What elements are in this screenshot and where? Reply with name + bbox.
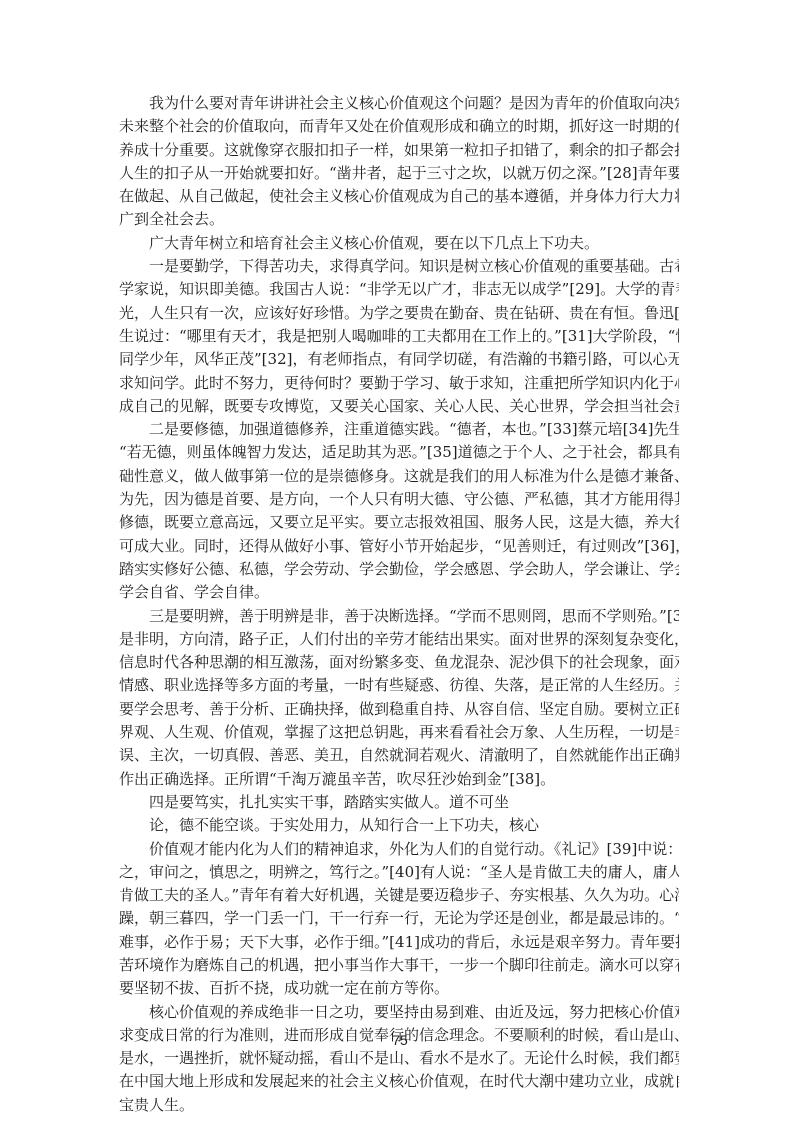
text-line: 求知问学。此时不努力，更待何时？要勤于学习、敏于求知，注重把所学知识内化于心，形 (119, 372, 679, 395)
text-line: 作出正确选择。正所谓“千淘万漉虽辛苦，吹尽狂沙始到金”[38]。 (119, 768, 679, 791)
text-line: 成自己的见解，既要专攻博览，又要关心国家、关心人民、关心世界，学会担当社会责任。 (119, 395, 679, 418)
text-line: 论，德不能空谈。于实处用力，从知行合一上下功夫，核心 (119, 814, 679, 837)
text-line: 学会自省、学会自律。 (119, 581, 679, 604)
text-line: 一是要勤学，下得苦功夫，求得真学问。知识是树立核心价值观的重要基础。古希腊哲 (119, 255, 679, 278)
text-line: 界观、人生观、价值观，掌握了这把总钥匙，再来看看社会万象、人生历程，一切是非、正 (119, 721, 679, 744)
text-line: 在做起、从自己做起，使社会主义核心价值观成为自己的基本遵循，并身体力行大力将其推 (119, 185, 679, 208)
text-line: 修德，既要立意高远，又要立足平实。要立志报效祖国、服务人民，这是大德，养大德者方 (119, 511, 679, 534)
paragraph-9: 核心价值观的养成绝非一日之功，要坚持由易到难、由近及远，努力把核心价值观的要 求… (119, 1001, 679, 1117)
text-line: 广到全社会去。 (119, 208, 679, 231)
paragraph-7: 论，德不能空谈。于实处用力，从知行合一上下功夫，核心 (119, 814, 679, 837)
text-line: 踏实实修好公德、私德，学会劳动、学会勤俭，学会感恩、学会助人，学会谦让、学会宽容… (119, 558, 679, 581)
text-line: 误、主次，一切真假、善恶、美丑，自然就洞若观火、清澈明了，自然就能作出正确判断、 (119, 744, 679, 767)
text-line: 础性意义，做人做事第一位的是崇德修身。这就是我们的用人标准为什么是德才兼备、以德 (119, 465, 679, 488)
text-line: 未来整个社会的价值取向，而青年又处在价值观形成和确立的时期，抓好这一时期的价值观 (119, 115, 679, 138)
text-line: 价值观才能内化为人们的精神追求，外化为人们的自觉行动。《礼记》[39]中说：“博… (119, 838, 679, 861)
text-line: 肯做工夫的圣人。”青年有着大好机遇，关键是要迈稳步子、夯实根基、久久为功。心浮气 (119, 884, 679, 907)
paragraph-1: 我为什么要对青年讲讲社会主义核心价值观这个问题？是因为青年的价值取向决定了 未来… (119, 92, 679, 232)
text-line: 为先，因为德是首要、是方向，一个人只有明大德、守公德、严私德，其才方能用得其所。 (119, 488, 679, 511)
text-line: 之，审问之，慎思之，明辨之，笃行之。”[40]有人说：“圣人是肯做工夫的庸人，庸… (119, 861, 679, 884)
text-line: 信息时代各种思潮的相互激荡，面对纷繁多变、鱼龙混杂、泥沙俱下的社会现象，面对学业… (119, 651, 679, 674)
text-line: 我为什么要对青年讲讲社会主义核心价值观这个问题？是因为青年的价值取向决定了 (119, 92, 679, 115)
page-number: 75 (0, 1032, 800, 1048)
text-line: 躁，朝三暮四，学一门丢一门，干一行弃一行，无论为学还是创业，都是最忌讳的。“天下 (119, 907, 679, 930)
text-line: 生说过：“哪里有天才，我是把别人喝咖啡的工夫都用在工作上的。”[31]大学阶段，… (119, 325, 679, 348)
text-line: 苦环境作为磨炼自己的机遇，把小事当作大事干，一步一个脚印往前走。滴水可以穿石。只 (119, 954, 679, 977)
text-line: 在中国大地上形成和发展起来的社会主义核心价值观，在时代大潮中建功立业，成就自己的 (119, 1070, 679, 1093)
paragraph-2: 广大青年树立和培育社会主义核心价值观，要在以下几点上下功夫。 (119, 232, 679, 255)
text-line: “若无德，则虽体魄智力发达，适足助其为恶。”[35]道德之于个人、之于社会，都具… (119, 441, 679, 464)
text-line: 要学会思考、善于分析、正确抉择，做到稳重自持、从容自信、坚定自励。要树立正确的世 (119, 698, 679, 721)
text-line: 养成十分重要。这就像穿衣服扣扣子一样，如果第一粒扣子扣错了，剩余的扣子都会扣错。 (119, 139, 679, 162)
text-line: 核心价值观的养成绝非一日之功，要坚持由易到难、由近及远，努力把核心价值观的要 (119, 1001, 679, 1024)
text-line: 可成大业。同时，还得从做好小事、管好小节开始起步，“见善则迁，有过则改”[36]… (119, 535, 679, 558)
text-line: 三是要明辨，善于明辨是非，善于决断选择。“学而不思则罔，思而不学则殆。”[37] (119, 605, 679, 628)
text-line: 难事，必作于易；天下大事，必作于细。”[41]成功的背后，永远是艰辛努力。青年要… (119, 931, 679, 954)
text-line: 同学少年，风华正茂”[32]，有老师指点，有同学切磋，有浩瀚的书籍引路，可以心无… (119, 348, 679, 371)
text-line: 二是要修德，加强道德修养，注重道德实践。“德者，本也。”[33]蔡元培[34]先… (119, 418, 679, 441)
paragraph-8: 价值观才能内化为人们的精神追求，外化为人们的自觉行动。《礼记》[39]中说：“博… (119, 838, 679, 1001)
text-line: 广大青年树立和培育社会主义核心价值观，要在以下几点上下功夫。 (119, 232, 679, 255)
text-line: 要坚韧不拔、百折不挠，成功就一定在前方等你。 (119, 977, 679, 1000)
paragraph-4: 二是要修德，加强道德修养，注重道德实践。“德者，本也。”[33]蔡元培[34]先… (119, 418, 679, 604)
text-line: 是水，一遇挫折，就怀疑动摇，看山不是山、看水不是水了。无论什么时候，我们都要坚守 (119, 1047, 679, 1070)
paragraph-5: 三是要明辨，善于明辨是非，善于决断选择。“学而不思则罔，思而不学则殆。”[37]… (119, 605, 679, 791)
text-line: 四是要笃实，扎扎实实干事，踏踏实实做人。道不可坐 (119, 791, 679, 814)
text-line: 人生的扣子从一开始就要扣好。“凿井者，起于三寸之坎，以就万仞之深。”[28]青年… (119, 162, 679, 185)
text-line: 宝贵人生。 (119, 1094, 679, 1117)
paragraph-3: 一是要勤学，下得苦功夫，求得真学问。知识是树立核心价值观的重要基础。古希腊哲 学… (119, 255, 679, 418)
document-page: 我为什么要对青年讲讲社会主义核心价值观这个问题？是因为青年的价值取向决定了 未来… (0, 0, 800, 1131)
text-line: 是非明，方向清，路子正，人们付出的辛劳才能结出果实。面对世界的深刻复杂变化，面对 (119, 628, 679, 651)
text-line: 学家说，知识即美德。我国古人说：“非学无以广才，非志无以成学”[29]。大学的青… (119, 278, 679, 301)
text-line: 光，人生只有一次，应该好好珍惜。为学之要贵在勤奋、贵在钻研、贵在有恒。鲁迅[30… (119, 302, 679, 325)
body-text: 我为什么要对青年讲讲社会主义核心价值观这个问题？是因为青年的价值取向决定了 未来… (119, 92, 679, 1117)
text-line: 情感、职业选择等多方面的考量，一时有些疑惑、彷徨、失落，是正常的人生经历。关键是 (119, 674, 679, 697)
paragraph-6: 四是要笃实，扎扎实实干事，踏踏实实做人。道不可坐 (119, 791, 679, 814)
